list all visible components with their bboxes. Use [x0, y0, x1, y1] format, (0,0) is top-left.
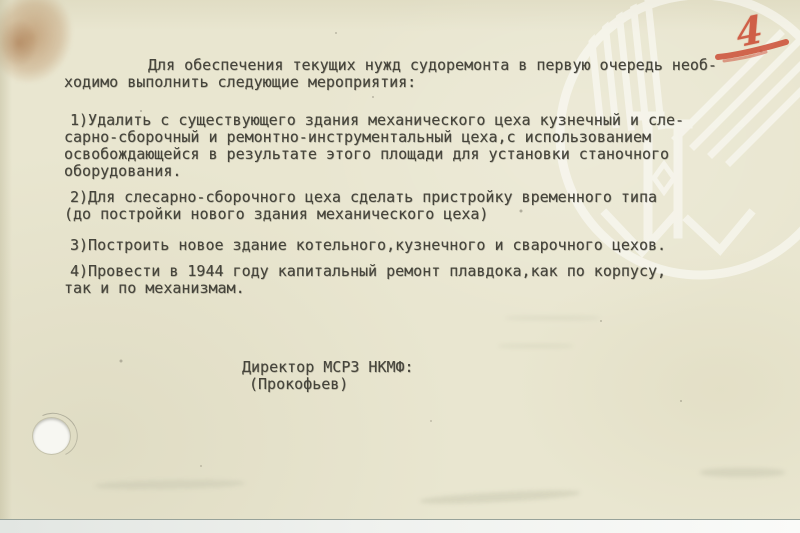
show-through-mark [95, 479, 245, 491]
scanned-document: 4 Для обеспечения текущих нужд судоремон… [0, 0, 800, 533]
measure-item-4: 4)Провести в 1944 году капитальный ремон… [64, 263, 774, 297]
show-through-mark [420, 488, 580, 506]
signature-name: (Прокофьев) [249, 376, 348, 393]
punch-hole [33, 418, 70, 454]
show-through-mark [505, 316, 600, 320]
paper-sheet: 4 Для обеспечения текущих нужд судоремон… [0, 0, 800, 519]
page-number-handwritten: 4 [734, 1, 788, 56]
measure-item-1: 1)Удалить с существующего здания механич… [64, 112, 774, 180]
scan-background-edge [0, 519, 800, 533]
signature-title: Директор МСРЗ НКМФ: [242, 359, 414, 376]
measure-item-3: 3)Построить новое здание котельного,кузн… [64, 237, 774, 254]
show-through-mark [700, 468, 785, 477]
intro-paragraph: Для обеспечения текущих нужд судоремонта… [64, 57, 774, 91]
measure-item-2: 2)Для слесарно-сборочного цеха сделать п… [64, 189, 774, 223]
show-through-mark [498, 344, 573, 348]
